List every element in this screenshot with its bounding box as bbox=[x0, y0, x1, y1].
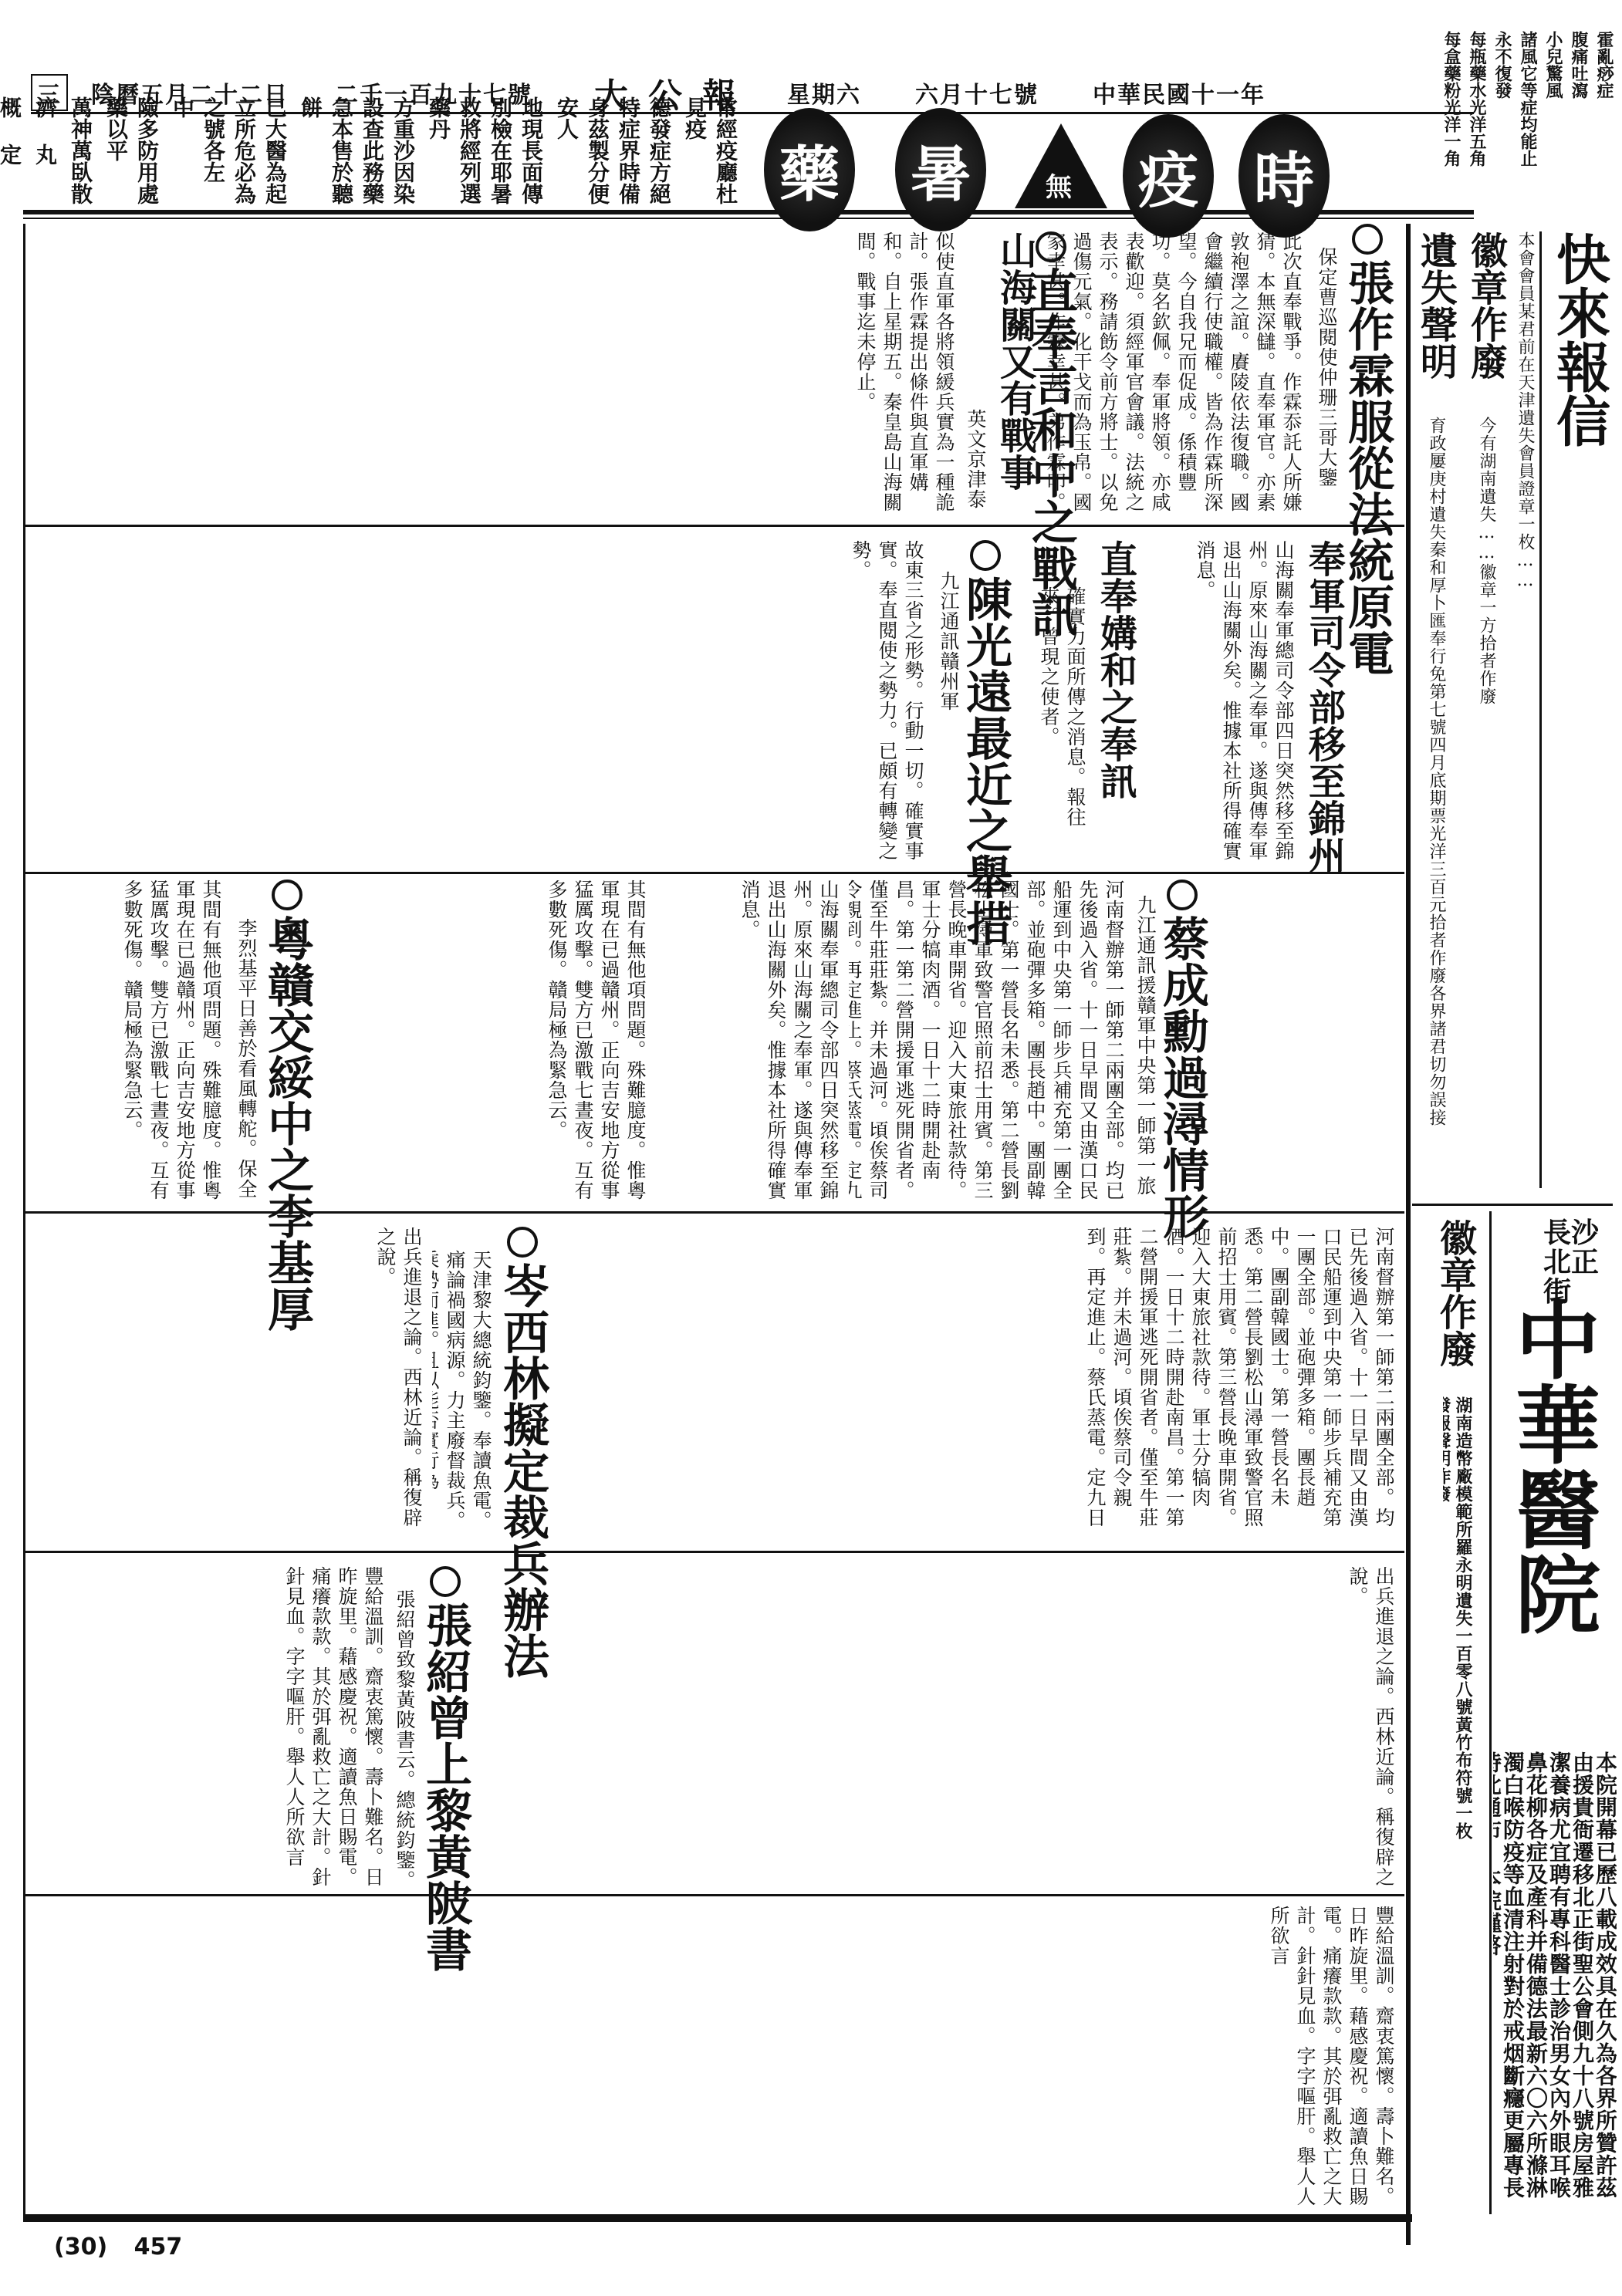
month-day: 六月十七號 bbox=[915, 76, 1039, 110]
article-subhead-zhifeng-war: 英文京津泰晤士報 bbox=[961, 409, 988, 517]
notice-body-badge: 今有湖南遺失……徽章一方拾者作廢 bbox=[1466, 417, 1497, 1180]
section-rule-5 bbox=[23, 1894, 1404, 1896]
article-body-continued: 山海關奉軍總司令部四日突然移至錦州。原來山海關之奉軍。遂與傳奉軍退出山海關外矣。… bbox=[656, 880, 841, 1204]
hospital-ad-body: 本院開幕已歷八載成效具在久為各界所贊許茲由援貴衙遷移北正街聖公會側九十八號房屋雅… bbox=[1493, 1751, 1617, 2199]
page-bottom-rule bbox=[23, 2214, 1412, 2222]
bullet-circle-icon bbox=[1167, 880, 1198, 910]
notice-divider bbox=[1539, 231, 1542, 1188]
page-index: (30) bbox=[54, 2234, 107, 2261]
notice-title-badge: 徽章作廢 bbox=[1466, 231, 1505, 380]
article-body-cen-continued: 出兵進退之論。西林近論。稱復辟之說。 bbox=[478, 1566, 1397, 1890]
bullet-circle-icon bbox=[970, 540, 1001, 571]
hospital-name: 中華醫院 bbox=[1509, 1296, 1593, 1636]
bullet-circle-icon bbox=[272, 880, 302, 910]
article-body-zhifeng-war: 似使直軍各將領緩兵實為一種詭計。張作霖提出條件與直軍媾和。自上星期五。秦皇島山海… bbox=[31, 231, 957, 517]
article-subhead-chen-guangyuan: 九江通訊贛州軍 bbox=[934, 571, 961, 864]
hospital-ad-border bbox=[1489, 1211, 1492, 2214]
right-top-ad: 霍亂痧症 腹痛吐瀉 小兒驚風 諸風它等症均能止 永不復發 每瓶藥水光洋五角 每盒… bbox=[1489, 31, 1617, 208]
seal-icon-yi: 疫 bbox=[1123, 114, 1214, 238]
badge-notice-title: 徽章作廢 bbox=[1435, 1219, 1474, 1367]
hospital-location: 長沙北正街 bbox=[1543, 1219, 1622, 1306]
seal-icon-shi: 時 bbox=[1238, 114, 1330, 238]
article-body-zhang-shaozeng: 豐給溫訓。齋衷篤懷。壽卜難名。日昨旋里。藉感慶祝。適讀魚日賜電。痛癢款款。其於弭… bbox=[31, 1566, 386, 1890]
article-subhead-zhang-shaozeng: 張紹曾致黎黃陂書云。總統鈞鑒。在律累蠲 bbox=[390, 1589, 417, 1890]
section-rule-2 bbox=[23, 872, 1404, 874]
notice-body-lost: 育政屢庚村遺失秦和厚卜匯奉行免第七號四月底期票光洋三百元拾者作廢各界諸君切勿誤接 bbox=[1416, 417, 1447, 1180]
article-body-yue-gan: 其間有無他項問題。殊難臆度。惟粵軍現在已過贛州。正向吉安地方從事猛厲攻擊。雙方已… bbox=[316, 880, 648, 1204]
weekday: 星期六 bbox=[787, 76, 861, 110]
article-subhead-cai-chengxun: 九江通訊援贛軍中央第一師第一旅全部 bbox=[1130, 895, 1158, 1204]
article-headline-zhang-zuolin: 張作霖服從法統原電 bbox=[1343, 224, 1391, 676]
article-subhead-zhang-zuolin: 保定曹巡閱使仲珊三哥大鑒 bbox=[1312, 247, 1340, 517]
article-headline-shanhaiguan: 山海關又有戰事 bbox=[995, 231, 1034, 491]
bullet-circle-icon bbox=[1036, 231, 1066, 262]
article-body-prev-continued: 河南督辦第一師第二兩團全部。均已先後過入省。十一日早間又由漢口民船運到中央第一師… bbox=[556, 1227, 1397, 1543]
page-footer: (30) 457 bbox=[54, 2234, 182, 2261]
article-subhead-cen-xilin: 天津黎大總統鈞鑒。奉讀魚電。痛論禍國病源。力主廢督裁兵。乘勢而進。且以能否實行為 bbox=[432, 1250, 494, 1543]
seal-icon-yao: 藥 bbox=[764, 108, 855, 231]
bullet-circle-icon bbox=[430, 1566, 461, 1597]
section-rule-4 bbox=[23, 1551, 1404, 1553]
article-headline-fengjun-hq: 奉軍司令部移至錦州 bbox=[1304, 540, 1343, 873]
top-ad-text: 常經疫廳杜見疫 德發症方絕特症界時備身茲製分便安人 地現長面傳別檢在耶暑救將經列… bbox=[31, 96, 741, 212]
notice-bottom-rule bbox=[1412, 1204, 1613, 1206]
notice-title-lost: 遺失聲明 bbox=[1416, 231, 1455, 380]
page-number: 457 bbox=[134, 2234, 183, 2261]
article-body-yue-gan-cont: 其間有無他項問題。殊難臆度。惟粵軍現在已過贛州。正向吉安地方從事猛厲攻擊。雙方已… bbox=[31, 880, 224, 1204]
seal-icon-shu: 暑 bbox=[895, 108, 986, 231]
notice-title-kuailai: 快來報信 bbox=[1551, 231, 1608, 447]
article-body-chen-guangyuan: 故東三省之形勢。行動一切。確實事實。奉直閱使之勢力。已頗有轉變之勢。 bbox=[31, 540, 926, 864]
article-body-cai-chengxun: 河南督辦第一師第二兩團全部。均已先後過入省。十一日早間又由漢口民船運到中央第一師… bbox=[849, 880, 1127, 1204]
page-left-border bbox=[23, 224, 25, 2218]
section-rule-1 bbox=[23, 525, 1404, 527]
article-headline-cai-chengxun: 蔡成勳過潯情形 bbox=[1157, 880, 1206, 1239]
badge-notice-body: 湖南造幣廠模範所羅永明遺失一百零八號黃竹布符號一枚發報聲明作廢 bbox=[1443, 1396, 1474, 1844]
bullet-circle-icon bbox=[507, 1227, 538, 1258]
bullet-circle-icon bbox=[1352, 224, 1383, 255]
article-headline-peace-talks: 直奉媾和之奉訊 bbox=[1096, 540, 1134, 799]
republic-year: 中華民國十一年 bbox=[1093, 76, 1265, 110]
article-body-bottom-row: 豐給溫訓。齋衷篤懷。壽卜難名。日昨旋里。藉感慶祝。適讀魚日賜電。痛癢款款。其於弭… bbox=[31, 1906, 1397, 2207]
article-body-cen-xilin: 出兵進退之論。西林近論。稱復辟之說。 bbox=[31, 1227, 424, 1543]
article-subhead-yue-gan: 李烈基平日善於看風轉舵。保全地位。而跨 bbox=[231, 918, 259, 1204]
triangle-seal-label: 無 bbox=[1046, 166, 1072, 204]
right-column-border bbox=[1406, 224, 1411, 2245]
